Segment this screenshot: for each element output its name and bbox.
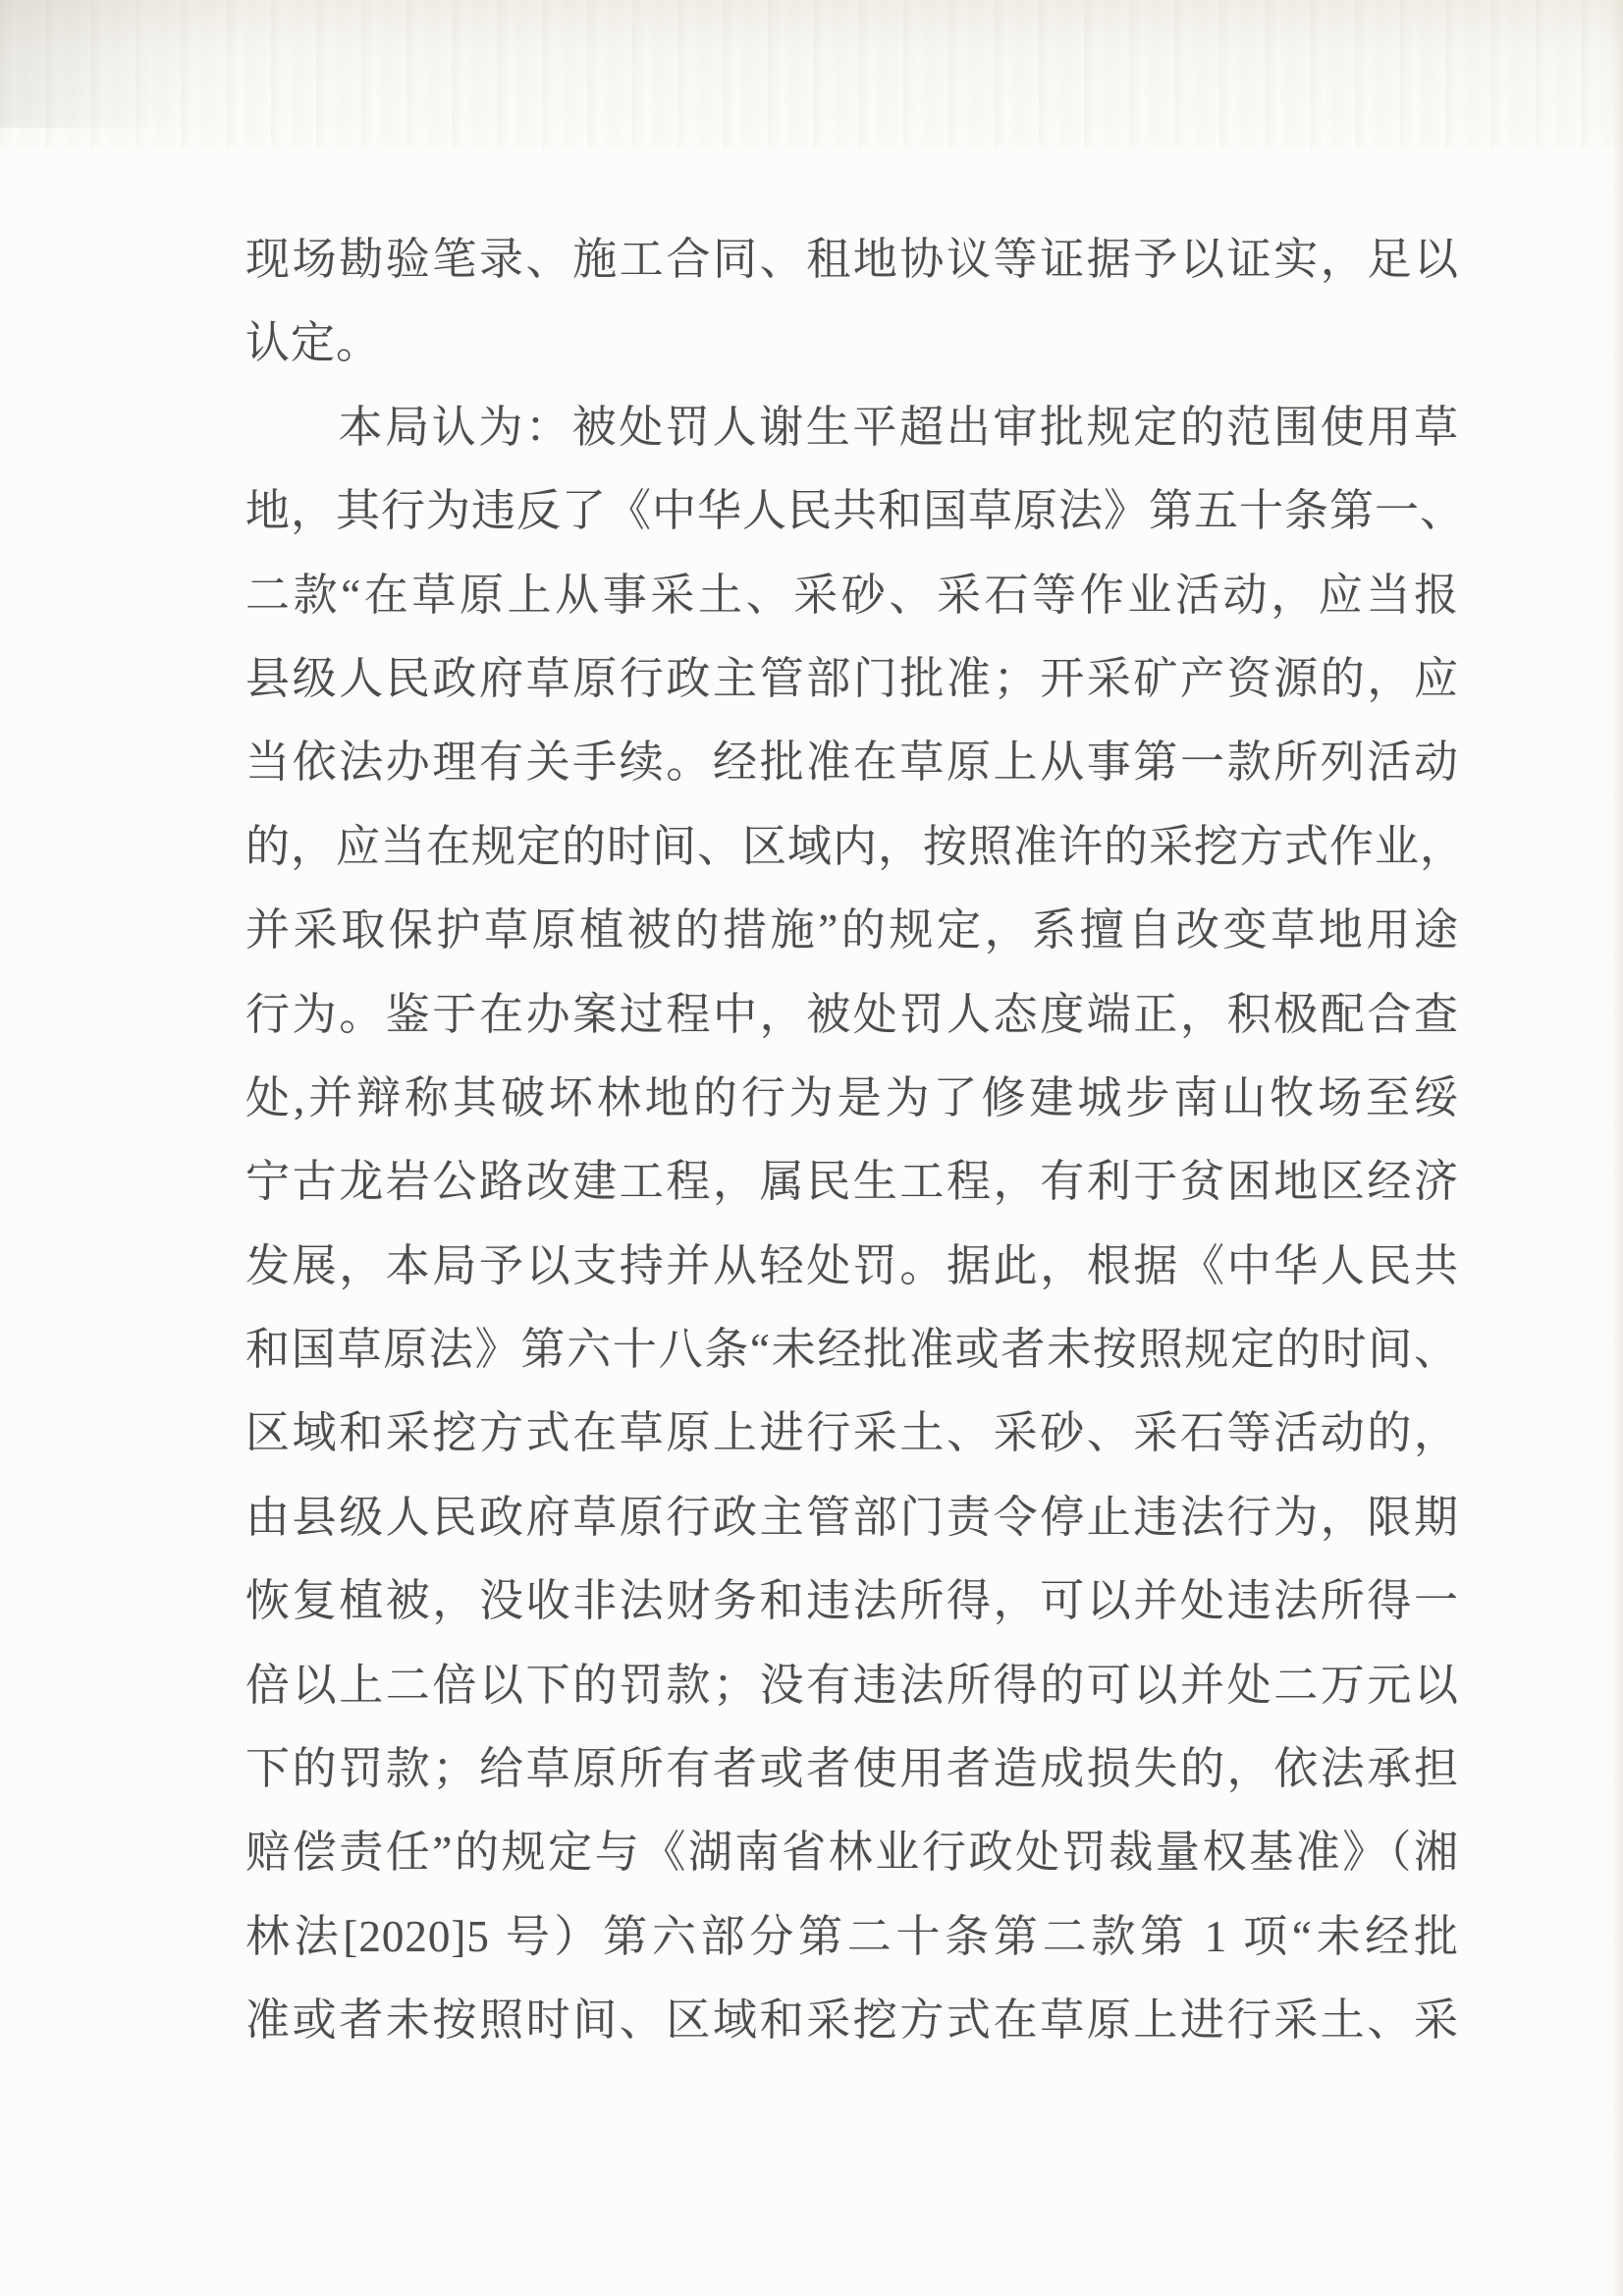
text-line: 并采取保护草原植被的措施”的规定，系擅自改变草地用途 [245, 889, 1459, 972]
scan-artifact-top-band [0, 0, 1623, 147]
text-line: 的，应当在规定的时间、区域内，按照准许的采挖方式作业， [245, 805, 1459, 889]
scan-artifact-corner-shade [0, 0, 314, 128]
text-line: 赔偿责任”的规定与《湖南省林业行政处罚裁量权基准》（湘 [245, 1811, 1459, 1894]
text-line: 现场勘验笔录、施工合同、租地协议等证据予以证实，足以 [245, 218, 1459, 301]
text-line: 二款“在草原上从事采土、采砂、采石等作业活动，应当报 [245, 554, 1459, 637]
text-line: 准或者未按照时间、区域和采挖方式在草原上进行采土、采 [245, 1979, 1459, 2062]
text-line: 认定。 [245, 301, 1459, 385]
text-line: 由县级人民政府草原行政主管部门责令停止违法行为，限期 [245, 1476, 1459, 1559]
text-line: 发展，本局予以支持并从轻处罚。据此，根据《中华人民共 [245, 1225, 1459, 1308]
text-line: 地，其行为违反了《中华人民共和国草原法》第五十条第一、 [245, 469, 1459, 553]
text-line: 行为。鉴于在办案过程中，被处罚人态度端正，积极配合查 [245, 973, 1459, 1057]
text-line: 当依法办理有关手续。经批准在草原上从事第一款所列活动 [245, 721, 1459, 804]
text-line: 倍以上二倍以下的罚款；没有违法所得的可以并处二万元以 [245, 1644, 1459, 1727]
document-body: 现场勘验笔录、施工合同、租地协议等证据予以证实，足以 认定。 本局认为：被处罚人… [245, 218, 1459, 2063]
text-line: 区域和采挖方式在草原上进行采土、采砂、采石等活动的， [245, 1392, 1459, 1475]
text-line: 恢复植被，没收非法财务和违法所得，可以并处违法所得一 [245, 1559, 1459, 1643]
text-line: 林法[2020]5 号）第六部分第二十条第二款第 1 项“未经批 [245, 1895, 1459, 1979]
text-line: 本局认为：被处罚人谢生平超出审批规定的范围使用草 [245, 386, 1459, 469]
document-page: 现场勘验笔录、施工合同、租地协议等证据予以证实，足以 认定。 本局认为：被处罚人… [0, 0, 1623, 2296]
text-line: 宁古龙岩公路改建工程，属民生工程，有利于贫困地区经济 [245, 1140, 1459, 1224]
text-line: 处,并辩称其破坏林地的行为是为了修建城步南山牧场至绥 [245, 1057, 1459, 1140]
text-line: 县级人民政府草原行政主管部门批准；开采矿产资源的，应 [245, 637, 1459, 721]
text-line: 和国草原法》第六十八条“未经批准或者未按照规定的时间、 [245, 1308, 1459, 1392]
text-line: 下的罚款；给草原所有者或者使用者造成损失的，依法承担 [245, 1727, 1459, 1811]
scan-artifact-right-edge [1611, 0, 1623, 2296]
